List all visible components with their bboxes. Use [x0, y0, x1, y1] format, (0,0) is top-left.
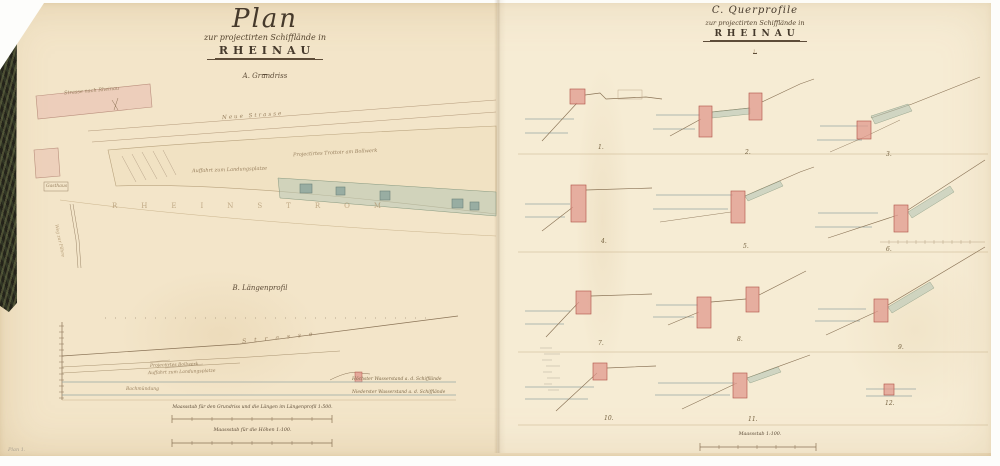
- querprofil-2: [653, 79, 814, 137]
- drawing-layer: [0, 0, 1000, 466]
- profile-number-8: 8.: [737, 336, 743, 343]
- pencil-notes: [540, 348, 560, 390]
- querprofil-9: [815, 247, 985, 335]
- querprofil-10: [525, 363, 656, 411]
- profile-number-3: 3.: [886, 151, 892, 158]
- querprofil-7: [525, 291, 652, 337]
- profile-number-4: 4.: [601, 238, 607, 245]
- label-inn: Gasthaus: [46, 184, 67, 189]
- profile-number-9: 9.: [898, 344, 904, 351]
- scanned-plan-page: Plan zur projectirten Schifflände in RHE…: [0, 0, 1000, 466]
- right-title: C. Querprofile: [660, 5, 850, 16]
- querprofil-3: [817, 77, 980, 152]
- label-low-water: Niederster Wasserstand a. d. Schifflände: [352, 390, 445, 395]
- profile-number-10: 10.: [604, 415, 614, 422]
- right-title-sub: zur projectirten Schifflände in: [660, 19, 850, 27]
- querprofil-6: [815, 160, 985, 244]
- archive-mark: Plan 1.: [8, 447, 26, 453]
- profile-number-11: 11.: [748, 416, 758, 423]
- scale2-caption: Maassstab für die Höhen 1:100.: [140, 428, 365, 433]
- right-scale-caption: Maassstab 1:100.: [690, 432, 830, 437]
- label-bach: Bachmündung: [126, 387, 159, 392]
- scale1-caption: Maassstab für den Grundriss und die Läng…: [140, 405, 365, 410]
- label-high-water: Höchster Wasserstand a. d. Schifflände: [352, 377, 442, 382]
- querprofil-5: [653, 167, 814, 223]
- left-title-sub: zur projectirten Schifflände in: [160, 33, 370, 42]
- grundriss-drawing: [34, 84, 496, 318]
- querprofil-8: [653, 271, 806, 328]
- right-scale-bar: [700, 443, 816, 451]
- querprofil-1: [525, 89, 662, 141]
- profile-number-12: 12.: [885, 400, 895, 407]
- left-title-place: RHEINAU: [160, 44, 370, 73]
- querprofil-4: [525, 185, 652, 231]
- section-b-label: B. Längenprofil: [160, 284, 360, 292]
- profile-number-5: 5.: [743, 243, 749, 250]
- querprofil-12: [866, 384, 916, 396]
- profile-number-2: 2.: [745, 149, 751, 156]
- section-a-label: A. Grundriss: [160, 72, 370, 80]
- profile-number-6: 6.: [886, 246, 892, 253]
- left-title: Plan: [160, 4, 370, 34]
- profile-number-7: 7.: [598, 340, 604, 347]
- label-river: RHEINSTROM: [112, 202, 405, 210]
- profile-number-1: 1.: [598, 144, 604, 151]
- left-title-place-text: RHEINAU: [160, 44, 370, 75]
- right-title-note: 1.: [660, 49, 850, 55]
- querprofil-11: [655, 355, 810, 409]
- querprofile-drawings: [525, 77, 985, 451]
